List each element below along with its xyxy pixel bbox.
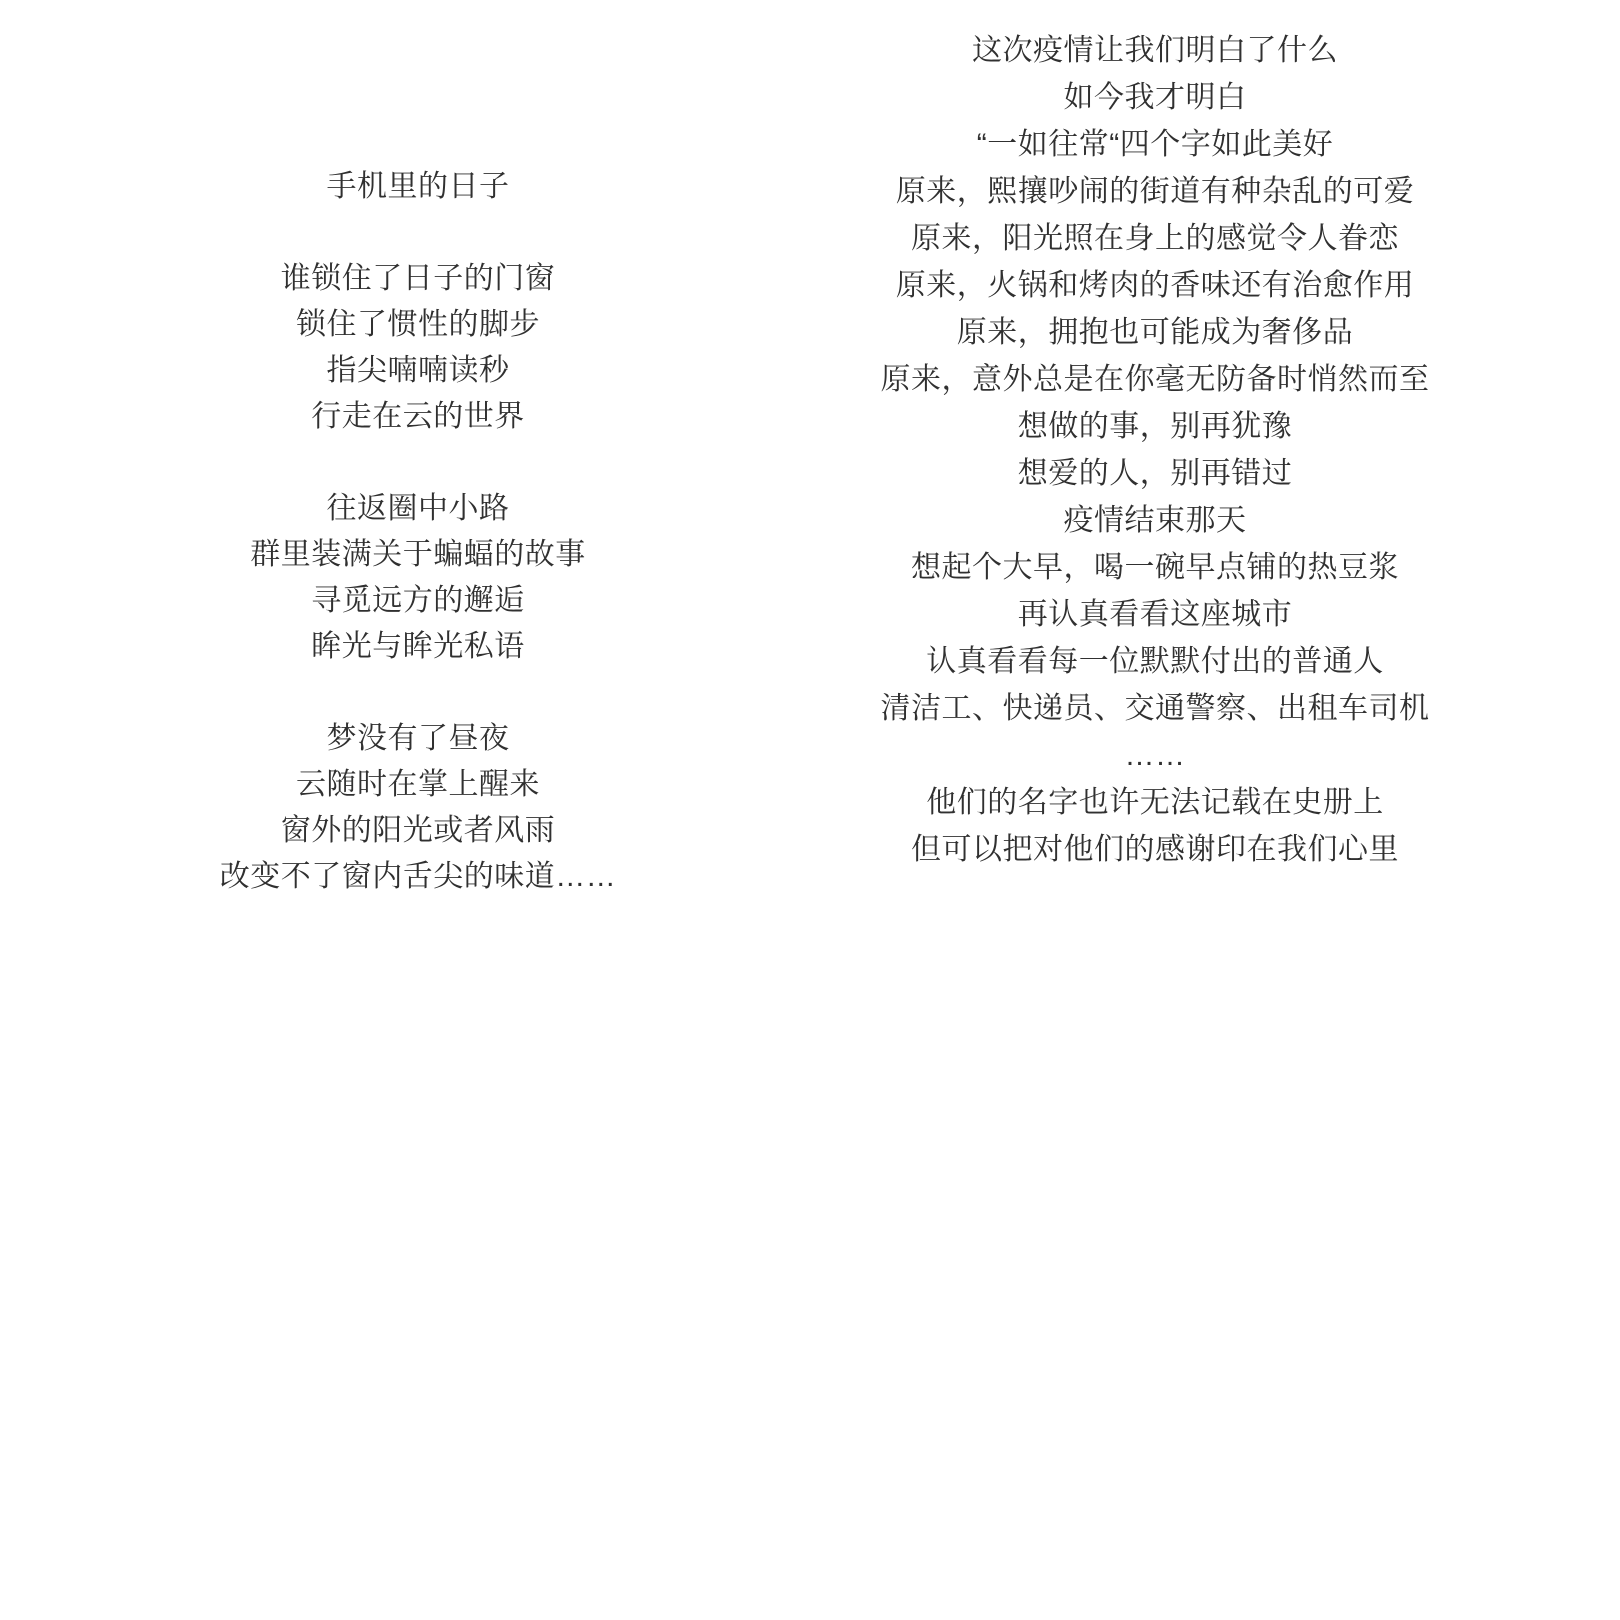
poem-line: 但可以把对他们的感谢印在我们心里	[845, 826, 1465, 873]
poem-line: 原来，意外总是在你毫无防备时悄然而至	[845, 356, 1465, 403]
poem-stanza: 谁锁住了日子的门窗锁住了惯性的脚步指尖喃喃读秒行走在云的世界	[128, 256, 708, 440]
poem-stanza: 往返圈中小路群里装满关于蝙蝠的故事寻觅远方的邂逅眸光与眸光私语	[128, 486, 708, 670]
left-poem-title: 手机里的日子	[128, 164, 708, 210]
poem-stanza: 梦没有了昼夜云随时在掌上醒来窗外的阳光或者风雨改变不了窗内舌尖的味道……	[128, 716, 708, 900]
left-poem: 手机里的日子 谁锁住了日子的门窗锁住了惯性的脚步指尖喃喃读秒行走在云的世界往返圈…	[128, 164, 708, 900]
poem-line: 寻觅远方的邂逅	[128, 578, 708, 624]
poem-line: 改变不了窗内舌尖的味道……	[128, 854, 708, 900]
left-poem-body: 谁锁住了日子的门窗锁住了惯性的脚步指尖喃喃读秒行走在云的世界往返圈中小路群里装满…	[128, 256, 708, 900]
poem-line: 如今我才明白	[845, 74, 1465, 121]
poem-line: 指尖喃喃读秒	[128, 348, 708, 394]
poem-line: 他们的名字也许无法记载在史册上	[845, 779, 1465, 826]
poem-line: 想做的事，别再犹豫	[845, 403, 1465, 450]
poem-line: 这次疫情让我们明白了什么	[845, 27, 1465, 74]
poem-line: 行走在云的世界	[128, 394, 708, 440]
poem-line: 云随时在掌上醒来	[128, 762, 708, 808]
right-poem: 这次疫情让我们明白了什么如今我才明白“一如往常“四个字如此美好原来，熙攘吵闹的街…	[845, 27, 1465, 873]
poem-line: 想起个大早，喝一碗早点铺的热豆浆	[845, 544, 1465, 591]
poem-line: 原来，熙攘吵闹的街道有种杂乱的可爱	[845, 168, 1465, 215]
poem-line: 认真看看每一位默默付出的普通人	[845, 638, 1465, 685]
poem-line: 原来，阳光照在身上的感觉令人眷恋	[845, 215, 1465, 262]
poem-line: 锁住了惯性的脚步	[128, 302, 708, 348]
poem-line: 眸光与眸光私语	[128, 624, 708, 670]
poem-line: 梦没有了昼夜	[128, 716, 708, 762]
poem-line: 谁锁住了日子的门窗	[128, 256, 708, 302]
poem-line: 疫情结束那天	[845, 497, 1465, 544]
poem-line: 群里装满关于蝙蝠的故事	[128, 532, 708, 578]
poem-line: “一如往常“四个字如此美好	[845, 121, 1465, 168]
poem-line: ……	[845, 732, 1465, 779]
poem-line: 往返圈中小路	[128, 486, 708, 532]
poem-line: 清洁工、快递员、交通警察、出租车司机	[845, 685, 1465, 732]
poem-line: 原来，拥抱也可能成为奢侈品	[845, 309, 1465, 356]
poem-line: 窗外的阳光或者风雨	[128, 808, 708, 854]
poem-line: 再认真看看这座城市	[845, 591, 1465, 638]
right-poem-body: 这次疫情让我们明白了什么如今我才明白“一如往常“四个字如此美好原来，熙攘吵闹的街…	[845, 27, 1465, 873]
poem-line: 原来，火锅和烤肉的香味还有治愈作用	[845, 262, 1465, 309]
poem-line: 想爱的人，别再错过	[845, 450, 1465, 497]
